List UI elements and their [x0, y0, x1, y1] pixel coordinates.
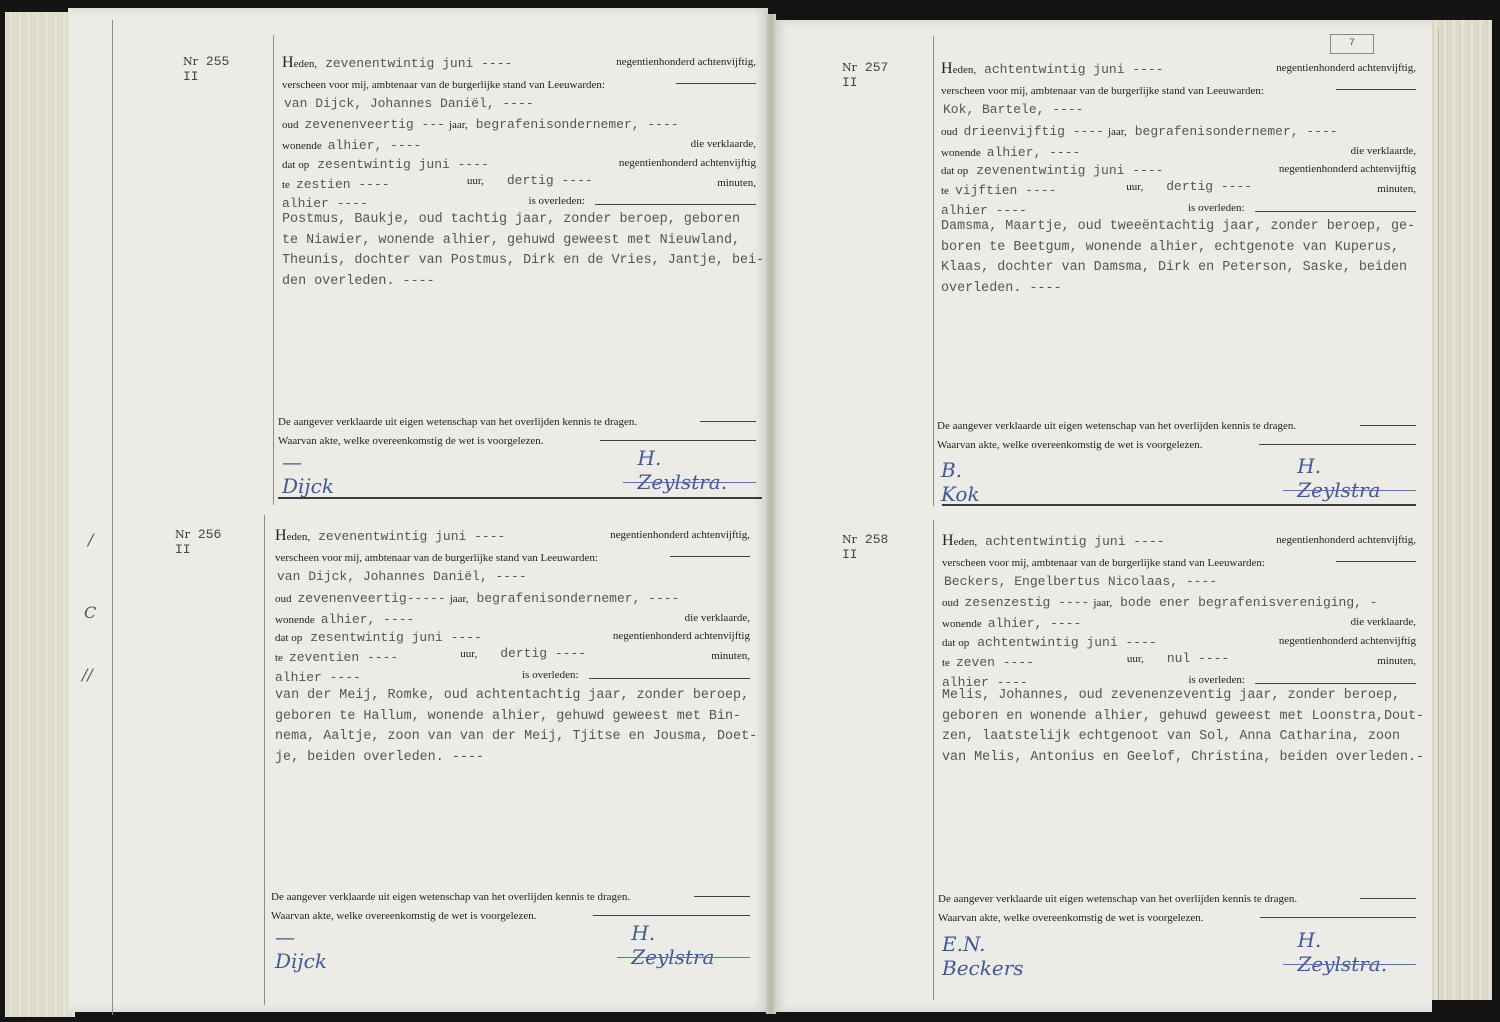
waarvan-text: Waarvan akte, welke overeenkomstig de we… [278, 435, 544, 447]
column-line [273, 35, 274, 505]
official-signature: H. Zeylstra [1297, 454, 1380, 502]
record-number: Nr257 II [842, 60, 888, 90]
dat-op-label: dat op [942, 637, 969, 649]
declarant-residence: alhier, ---- [987, 145, 1081, 160]
jaar-label: jaar, [1108, 126, 1127, 138]
death-place: alhier ---- [275, 670, 361, 685]
form-label: die verklaarde, [691, 138, 756, 150]
deceased-text-line: van der Meij, Romke, oud achtentachtig j… [275, 688, 749, 703]
fill-line [694, 896, 750, 897]
form-line: oudzesenzestig ----jaar,bode ener begraf… [942, 591, 1416, 610]
death-minutes: dertig ---- [507, 173, 593, 188]
heden-rest: eden, [294, 58, 318, 70]
book-edge-left [5, 12, 75, 1017]
fill-line [1360, 425, 1416, 426]
entry-separator [942, 504, 1416, 506]
deceased-text-line: van Melis, Antonius en Geelof, Christina… [942, 750, 1424, 765]
fill-line [589, 678, 751, 679]
declarant-age: zesenzestig ---- [965, 595, 1090, 610]
book-gutter [766, 14, 776, 1014]
declarant-occupation: begrafenisondernemer, ---- [1135, 124, 1338, 139]
form-label: minuten, [1377, 183, 1416, 195]
form-line: wonendealhier, ----die verklaarde, [282, 134, 756, 153]
death-date: zevenentwintig juni ---- [976, 163, 1163, 178]
page-number-stamp: 7 [1330, 34, 1374, 54]
fill-line [1260, 917, 1416, 918]
form-line: verscheen voor mij, ambtenaar van de bur… [941, 79, 1416, 98]
aangever-line: De aangever verklaarde uit eigen wetensc… [278, 410, 756, 429]
signature-underline [1283, 490, 1416, 491]
form-line: ouddrieenvijftig ----jaar,begrafenisonde… [941, 120, 1416, 139]
wonende-label: wonende [942, 618, 982, 630]
deceased-text-line: geboren te Hallum, wonende alhier, gehuw… [275, 709, 741, 724]
dat-op-label: dat op [282, 159, 309, 171]
form-label: negentienhonderd achtenvijftig [1279, 163, 1416, 175]
verscheen-label: verscheen voor mij, ambtenaar van de bur… [942, 557, 1265, 569]
declarant-residence: alhier, ---- [328, 138, 422, 153]
heden-H: H [942, 532, 954, 549]
aangever-text: De aangever verklaarde uit eigen wetensc… [271, 891, 630, 903]
death-minutes: dertig ---- [1166, 179, 1252, 194]
declarant-residence: alhier, ---- [321, 612, 415, 627]
aangever-text: De aangever verklaarde uit eigen wetensc… [937, 420, 1296, 432]
form-line: tezestien ----uur,dertig ----minuten, [282, 173, 756, 192]
death-minutes: dertig ---- [500, 646, 586, 661]
uur-label: uur, [1126, 181, 1143, 193]
form-label: negentienhonderd achtenvijftig, [1276, 534, 1416, 546]
is-overleden-label: is overleden: [1188, 202, 1245, 214]
declarant-signature: — Dijck [282, 450, 334, 498]
fill-line [1255, 211, 1417, 212]
form-line: wonendealhier, ----die verklaarde, [942, 612, 1416, 631]
declarant-name: Beckers, Engelbertus Nicolaas, ---- [944, 574, 1217, 589]
death-hour: zeventien ---- [289, 650, 398, 665]
death-place: alhier ---- [941, 203, 1027, 218]
form-line: van Dijck, Johannes Daniël, ---- [275, 565, 750, 584]
death-date: zesentwintig juni ---- [317, 157, 489, 172]
form-line: dat opzevenentwintig juni ----negentienh… [941, 159, 1416, 178]
declarant-name: Kok, Bartele, ---- [943, 102, 1083, 117]
form-line: dat opzesentwintig juni ----negentienhon… [275, 626, 750, 645]
death-hour: vijftien ---- [955, 183, 1056, 198]
column-line [264, 515, 265, 1005]
dat-op-label: dat op [941, 165, 968, 177]
record-number: Nr256 II [175, 527, 221, 557]
deceased-text-line: Damsma, Maartje, oud tweeëntachtig jaar,… [941, 219, 1415, 234]
form-label: negentienhonderd achtenvijftig, [616, 56, 756, 68]
aangever-line: De aangever verklaarde uit eigen wetensc… [271, 885, 750, 904]
form-label: minuten, [1377, 655, 1416, 667]
death-date: zesentwintig juni ---- [310, 630, 482, 645]
fill-line [700, 421, 756, 422]
oud-label: oud [941, 126, 958, 138]
official-signature: H. Zeylstra. [1298, 928, 1388, 976]
record-date: achtentwintig juni ---- [985, 534, 1164, 549]
fill-line [1259, 444, 1416, 445]
signature-underline [623, 482, 756, 483]
nr-label: Nr [842, 533, 857, 546]
form-line: Heden,achtentwintig juni ----negentienho… [941, 58, 1416, 78]
form-line: verscheen voor mij, ambtenaar van de bur… [942, 551, 1416, 570]
is-overleden-label: is overleden: [528, 195, 585, 207]
declarant-age: zevenenveertig----- [298, 591, 446, 606]
te-label: te [942, 657, 950, 669]
page-edge-line [1438, 30, 1439, 1000]
entry-separator [278, 497, 762, 499]
uur-label: uur, [467, 175, 484, 187]
heden-rest: eden, [953, 64, 977, 76]
fill-line [1360, 898, 1416, 899]
form-line: tezeven ----uur,nul ----minuten, [942, 651, 1416, 670]
form-label: minuten, [717, 177, 756, 189]
heden-H: H [282, 54, 294, 71]
form-label: negentienhonderd achtenvijftig [619, 157, 756, 169]
margin-line [112, 20, 113, 1015]
form-line: van Dijck, Johannes Daniël, ---- [282, 92, 756, 111]
form-line: Kok, Bartele, ---- [941, 98, 1416, 117]
declarant-age: zevenenveertig --- [305, 117, 445, 132]
te-label: te [941, 185, 949, 197]
form-label: negentienhonderd achtenvijftig [1279, 635, 1416, 647]
form-line: alhier ----is overleden: [282, 192, 756, 211]
dat-op-label: dat op [275, 632, 302, 644]
form-label: negentienhonderd achtenvijftig, [610, 529, 750, 541]
heden-H: H [275, 527, 287, 544]
nr-label: Nr [842, 61, 857, 74]
death-date: achtentwintig juni ---- [977, 635, 1156, 650]
fill-line [670, 556, 750, 557]
deceased-text-line: zen, laatstelijk echtgenoot van Sol, Ann… [942, 729, 1400, 744]
declarant-age: drieenvijftig ---- [964, 124, 1104, 139]
deceased-text-line: geboren en wonende alhier, gehuwd gewees… [942, 709, 1424, 724]
declarant-name: van Dijck, Johannes Daniël, ---- [284, 96, 534, 111]
uur-label: uur, [1127, 653, 1144, 665]
deceased-text-line: Melis, Johannes, oud zevenenzeventig jaa… [942, 688, 1400, 703]
signature-underline [617, 957, 750, 958]
form-line: alhier ----is overleden: [941, 199, 1416, 218]
column-line [933, 36, 934, 506]
fill-line [676, 83, 756, 84]
form-line: dat opzesentwintig juni ----negentienhon… [282, 153, 756, 172]
deceased-text-line: nema, Aaltje, zoon van van der Meij, Tji… [275, 729, 757, 744]
oud-label: oud [275, 593, 292, 605]
signature-underline [1283, 964, 1416, 965]
is-overleden-label: is overleden: [522, 669, 579, 681]
aangever-text: De aangever verklaarde uit eigen wetensc… [938, 893, 1297, 905]
heden-rest: eden, [954, 536, 978, 548]
deceased-text-line: Postmus, Baukje, oud tachtig jaar, zonde… [282, 212, 740, 227]
book-edge-right [1430, 20, 1492, 1000]
form-line: tevijftien ----uur,dertig ----minuten, [941, 179, 1416, 198]
record-number: Nr255 II [183, 54, 229, 84]
form-line: dat opachtentwintig juni ----negentienho… [942, 631, 1416, 650]
declarant-occupation: begrafenisondernemer, ---- [476, 117, 679, 132]
form-line: Beckers, Engelbertus Nicolaas, ---- [942, 570, 1416, 589]
aangever-line: De aangever verklaarde uit eigen wetensc… [938, 887, 1416, 906]
record-number: Nr258 II [842, 532, 888, 562]
death-minutes: nul ---- [1167, 651, 1229, 666]
record-date: zevenentwintig juni ---- [325, 56, 512, 71]
oud-label: oud [282, 119, 299, 131]
waarvan-line: Waarvan akte, welke overeenkomstig de we… [937, 433, 1416, 452]
te-label: te [275, 652, 283, 664]
form-label: die verklaarde, [1351, 145, 1416, 157]
deceased-text-line: boren te Beetgum, wonende alhier, echtge… [941, 240, 1399, 255]
official-signature: H. Zeylstra [631, 921, 714, 969]
declarant-signature: E.N. Beckers [942, 932, 1024, 980]
wonende-label: wonende [275, 614, 315, 626]
form-label: die verklaarde, [685, 612, 750, 624]
form-line: Heden,zevenentwintig juni ----negentienh… [275, 525, 750, 545]
form-label: die verklaarde, [1351, 616, 1416, 628]
death-hour: zestien ---- [296, 177, 390, 192]
form-line: verscheen voor mij, ambtenaar van de bur… [275, 546, 750, 565]
fill-line [1255, 683, 1416, 684]
nr-label: Nr [175, 528, 190, 541]
deceased-text-line: overleden. ---- [941, 281, 1062, 296]
jaar-label: jaar, [449, 119, 468, 131]
death-hour: zeven ---- [956, 655, 1034, 670]
form-line: oudzevenenveertig-----jaar,begrafenisond… [275, 587, 750, 606]
waarvan-text: Waarvan akte, welke overeenkomstig de we… [938, 912, 1204, 924]
waarvan-line: Waarvan akte, welke overeenkomstig de we… [938, 906, 1416, 925]
verscheen-label: verscheen voor mij, ambtenaar van de bur… [275, 552, 598, 564]
jaar-label: jaar, [1093, 597, 1112, 609]
form-line: tezeventien ----uur,dertig ----minuten, [275, 646, 750, 665]
deceased-text-line: den overleden. ---- [282, 274, 435, 289]
form-line: wonendealhier, ----die verklaarde, [275, 608, 750, 627]
fill-line [1336, 89, 1416, 90]
heden-rest: eden, [287, 531, 311, 543]
declarant-occupation: bode ener begrafenisvereniging, - [1120, 595, 1377, 610]
form-label: minuten, [711, 650, 750, 662]
declarant-name: van Dijck, Johannes Daniël, ---- [277, 569, 527, 584]
fill-line [600, 440, 756, 441]
declarant-signature: B. Kok [941, 458, 980, 506]
form-line: oudzevenenveertig ---jaar,begrafenisonde… [282, 113, 756, 132]
record-date: achtentwintig juni ---- [984, 62, 1163, 77]
declarant-occupation: begrafenisondernemer, ---- [477, 591, 680, 606]
form-line: wonendealhier, ----die verklaarde, [941, 141, 1416, 160]
jaar-label: jaar, [450, 593, 469, 605]
fill-line [593, 915, 750, 916]
margin-mark: / [88, 530, 93, 549]
margin-mark: C [84, 603, 96, 622]
waarvan-text: Waarvan akte, welke overeenkomstig de we… [271, 910, 537, 922]
fill-line [1336, 561, 1416, 562]
deceased-text-line: je, beiden overleden. ---- [275, 750, 484, 765]
verscheen-label: verscheen voor mij, ambtenaar van de bur… [941, 85, 1264, 97]
wonende-label: wonende [282, 140, 322, 152]
deceased-text-line: te Niawier, wonende alhier, gehuwd gewee… [282, 233, 740, 248]
form-line: Heden,zevenentwintig juni ----negentienh… [282, 52, 756, 72]
nr-label: Nr [183, 55, 198, 68]
declarant-residence: alhier, ---- [988, 616, 1082, 631]
verscheen-label: verscheen voor mij, ambtenaar van de bur… [282, 79, 605, 91]
death-place: alhier ---- [282, 196, 368, 211]
official-signature: H. Zeylstra. [638, 446, 728, 494]
form-line: Heden,achtentwintig juni ----negentienho… [942, 530, 1416, 550]
is-overleden-label: is overleden: [1188, 674, 1245, 686]
aangever-text: De aangever verklaarde uit eigen wetensc… [278, 416, 637, 428]
uur-label: uur, [460, 648, 477, 660]
margin-mark: // [82, 665, 93, 684]
record-date: zevenentwintig juni ---- [318, 529, 505, 544]
form-label: negentienhonderd achtenvijftig, [1276, 62, 1416, 74]
waarvan-text: Waarvan akte, welke overeenkomstig de we… [937, 439, 1203, 451]
wonende-label: wonende [941, 147, 981, 159]
te-label: te [282, 179, 290, 191]
form-label: negentienhonderd achtenvijftig [613, 630, 750, 642]
form-line: alhier ----is overleden: [275, 666, 750, 685]
heden-H: H [941, 60, 953, 77]
column-line [933, 520, 934, 1000]
deceased-text-line: Klaas, dochter van Damsma, Dirk en Peter… [941, 260, 1407, 275]
fill-line [595, 204, 756, 205]
deceased-text-line: Theunis, dochter van Postmus, Dirk en de… [282, 253, 764, 268]
aangever-line: De aangever verklaarde uit eigen wetensc… [937, 414, 1416, 433]
form-line: verscheen voor mij, ambtenaar van de bur… [282, 73, 756, 92]
declarant-signature: — Dijck [275, 925, 327, 973]
oud-label: oud [942, 597, 959, 609]
